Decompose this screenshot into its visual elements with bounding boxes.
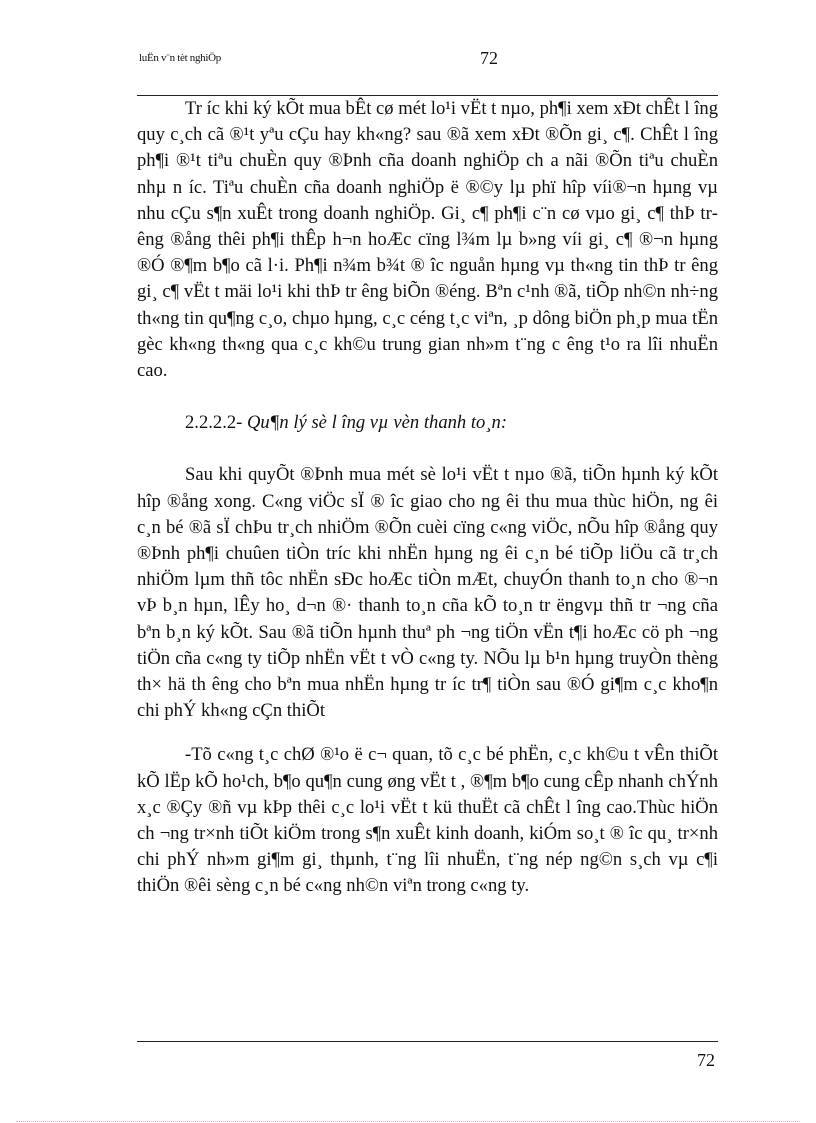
section-heading: 2.2.2.2- Qu¶n lý sè l­ îng vµ vèn thanh … — [137, 410, 718, 436]
header-page-number: 72 — [480, 48, 498, 69]
document-body: Tr­ íc khi ký kÕt mua bÊt cø mét lo¹i vË… — [137, 96, 718, 900]
section-title: Qu¶n lý sè l­ îng vµ vèn thanh to¸n: — [247, 412, 507, 433]
section-number: 2.2.2.2- — [185, 412, 247, 433]
spacer — [137, 436, 718, 462]
footer-page-number: 72 — [697, 1050, 715, 1071]
running-header-title: luËn v¨n tèt nghiÖp — [139, 52, 221, 64]
body-paragraph: Sau khi quyÕt ®Þnh mua mét sè lo¹i vËt t… — [137, 462, 718, 724]
page-boundary-marker — [16, 1121, 800, 1122]
footer-divider — [137, 1041, 718, 1042]
spacer — [137, 384, 718, 410]
body-paragraph: Tr­ íc khi ký kÕt mua bÊt cø mét lo¹i vË… — [137, 96, 718, 384]
body-paragraph: -Tõ c«ng t¸c chØ ®¹o ë c¬ quan, tõ c¸c b… — [137, 742, 718, 899]
document-page: luËn v¨n tèt nghiÖp 72 Tr­ íc khi ký kÕt… — [0, 0, 816, 1123]
spacer — [137, 724, 718, 742]
